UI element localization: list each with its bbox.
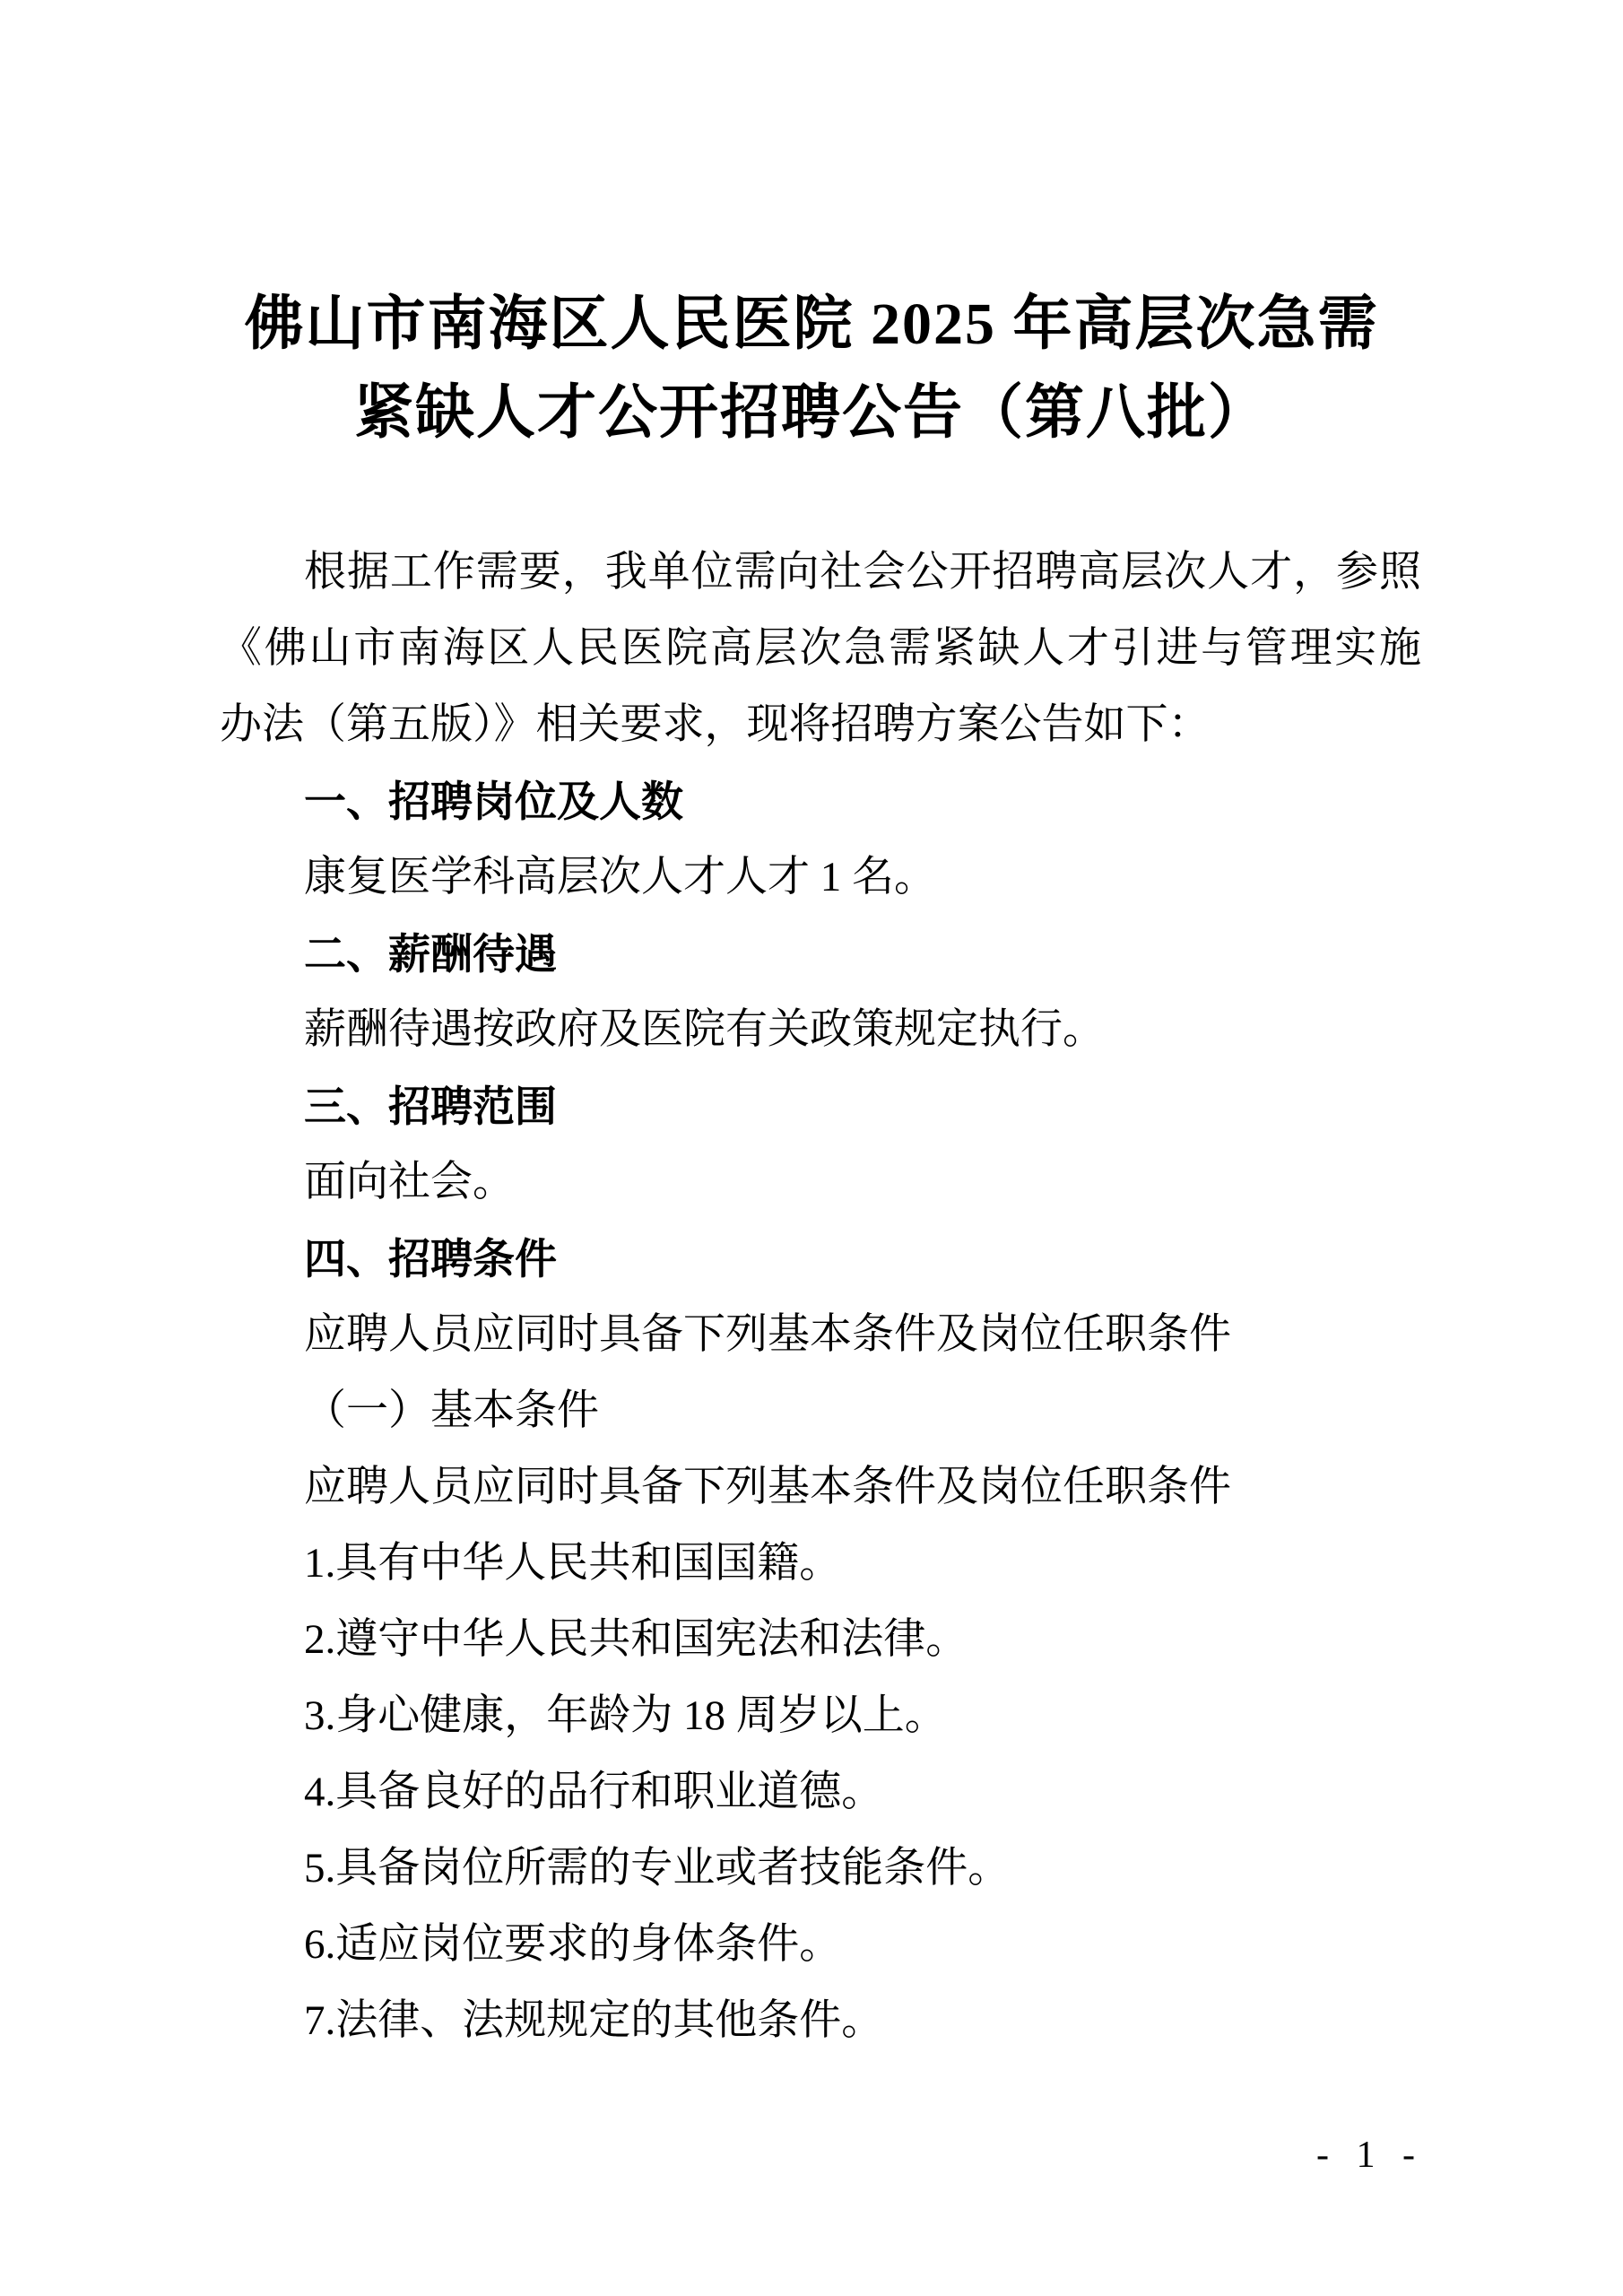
condition-item-6: 6.适应岗位要求的身体条件。 (220, 1907, 1421, 1983)
page-number: - 1 - (1316, 2135, 1424, 2176)
intro-line-1: 根据工作需要，我单位需向社会公开招聘高层次人才，参照 (220, 535, 1421, 611)
condition-item-5: 5.具备岗位所需的专业或者技能条件。 (220, 1831, 1421, 1907)
condition-item-1: 1.具有中华人民共和国国籍。 (220, 1526, 1421, 1602)
doc-title-line-2: 紧缺人才公开招聘公告（第八批） (0, 369, 1623, 457)
condition-item-4: 4.具备良好的品行和职业道德。 (220, 1754, 1421, 1831)
intro-line-2: 《佛山市南海区人民医院高层次急需紧缺人才引进与管理实施 (220, 611, 1421, 687)
document-page: 佛山市南海区人民医院 2025 年高层次急需 紧缺人才公开招聘公告（第八批） 根… (0, 0, 1623, 2296)
condition-item-3: 3.身心健康，年龄为 18 周岁以上。 (220, 1678, 1421, 1754)
section-1-heading: 一、招聘岗位及人数 (220, 763, 1421, 839)
section-3-body-line: 面向社会。 (220, 1144, 1421, 1221)
section-2-body-line: 薪酬待遇按政府及医院有关政策规定执行。 (220, 992, 1421, 1068)
doc-body: 根据工作需要，我单位需向社会公开招聘高层次人才，参照 《佛山市南海区人民医院高层… (220, 535, 1421, 2059)
doc-title-line-1: 佛山市南海区人民医院 2025 年高层次急需 (0, 280, 1623, 369)
doc-title: 佛山市南海区人民医院 2025 年高层次急需 紧缺人才公开招聘公告（第八批） (0, 280, 1623, 457)
subsection-intro-line: 应聘人员应同时具备下列基本条件及岗位任职条件 (220, 1449, 1421, 1526)
intro-line-3: 办法（第五版）》相关要求，现将招聘方案公告如下： (220, 687, 1421, 763)
section-2-heading: 二、薪酬待遇 (220, 916, 1421, 992)
section-3-heading: 三、招聘范围 (220, 1068, 1421, 1144)
section-1-body-line: 康复医学科高层次人才人才 1 名。 (220, 839, 1421, 916)
section-4-heading: 四、招聘条件 (220, 1221, 1421, 1297)
condition-item-7: 7.法律、法规规定的其他条件。 (220, 1983, 1421, 2059)
condition-item-2: 2.遵守中华人民共和国宪法和法律。 (220, 1602, 1421, 1678)
section-4-intro-line: 应聘人员应同时具备下列基本条件及岗位任职条件 (220, 1297, 1421, 1373)
subsection-basic-conditions-heading: （一）基本条件 (220, 1373, 1421, 1449)
